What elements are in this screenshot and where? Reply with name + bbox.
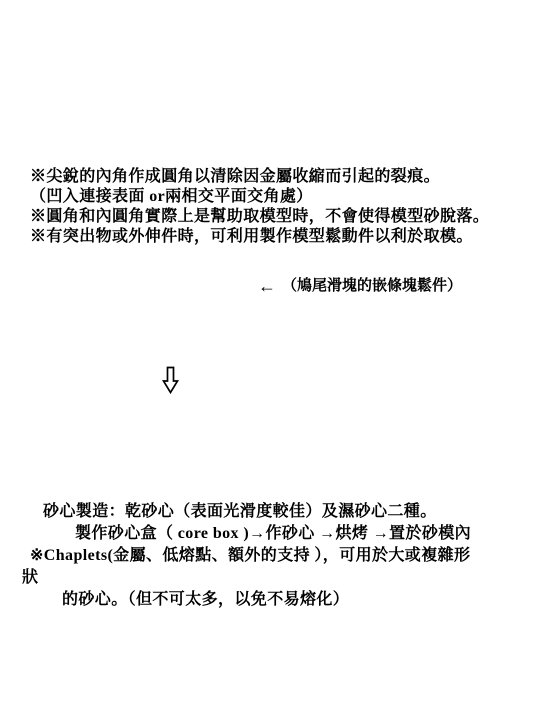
text-line: 製作砂心盒（ core box )→作砂心 →烘烤 →置於砂模內 bbox=[75, 523, 540, 545]
text-line: ※有突出物或外伸件時，可利用製作模型鬆動件以利於取模。 bbox=[30, 227, 489, 247]
callout-annotation: ← （鳩尾滑塊的嵌條塊鬆件） bbox=[258, 276, 462, 296]
left-arrow-icon: ← bbox=[258, 276, 276, 296]
text-line: 狀 bbox=[22, 567, 540, 589]
down-arrow-icon bbox=[162, 366, 179, 395]
slide-page: ※尖銳的內角作成圓角以清除因金屬收縮而引起的裂痕。 （凹入連接表面 or兩相交平… bbox=[0, 0, 540, 720]
text-line: 砂心製造：乾砂心（表面光滑度較佳）及濕砂心二種。 bbox=[43, 501, 540, 523]
text-line: ※圓角和內圓角實際上是幫助取模型時，不會使得模型砂脫落。 bbox=[30, 207, 489, 227]
text-line: ※尖銳的內角作成圓角以清除因金屬收縮而引起的裂痕。 bbox=[30, 167, 489, 187]
annotation-label: （鳩尾滑塊的嵌條塊鬆件） bbox=[282, 276, 462, 296]
text-line: （凹入連接表面 or兩相交平面交角處） bbox=[30, 187, 489, 207]
text-line: ※Chaplets(金屬、低熔點、額外的支持 ），可用於大或複雜形 bbox=[30, 545, 540, 567]
text-line: 的砂心。（但不可太多，以免不易熔化） bbox=[62, 589, 540, 611]
bottom-paragraph: 砂心製造：乾砂心（表面光滑度較佳）及濕砂心二種。 製作砂心盒（ core box… bbox=[0, 501, 540, 611]
top-paragraph: ※尖銳的內角作成圓角以清除因金屬收縮而引起的裂痕。 （凹入連接表面 or兩相交平… bbox=[30, 167, 489, 247]
